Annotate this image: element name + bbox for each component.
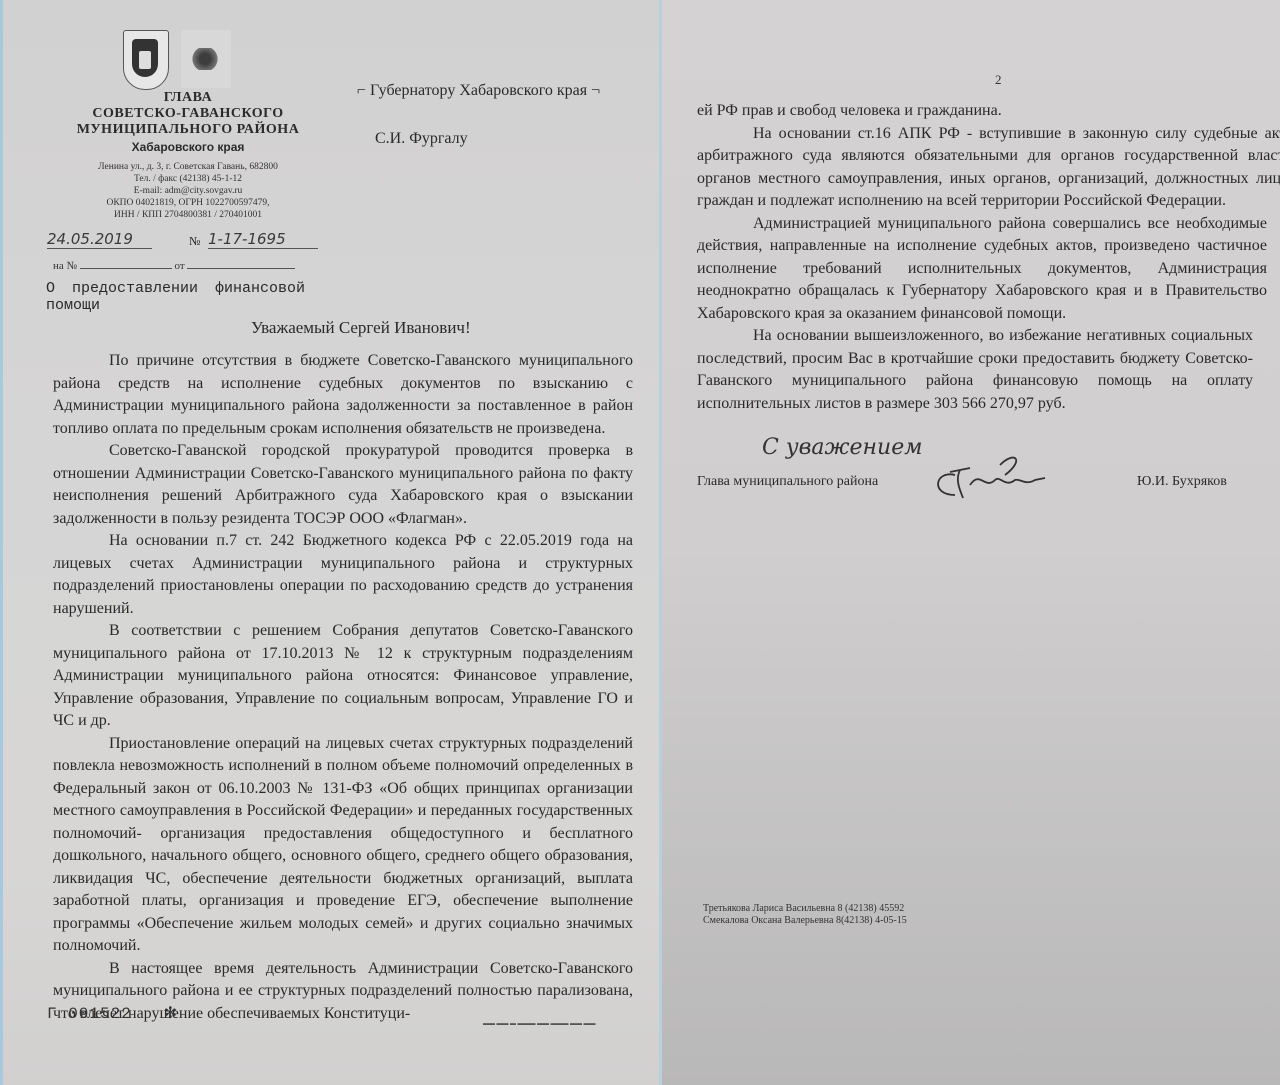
body-paragraph: Советско-Гаванской городской прокуратуро… xyxy=(53,440,633,530)
body-paragraph: На основании п.7 ст. 242 Бюджетного коде… xyxy=(53,530,633,620)
letterhead-okpo: ОКПО 04021819, ОГРН 1022700597479, xyxy=(43,197,333,209)
addressee-name: С.И. Фургалу xyxy=(375,130,468,148)
signatory-name: Ю.И. Бухряков xyxy=(1137,474,1227,490)
khabarovsk-coat-of-arms-icon xyxy=(123,30,169,90)
body-paragraph: В соответствии с решением Собрания депут… xyxy=(53,620,633,733)
letter-body-page-1: По причине отсутствия в бюджете Советско… xyxy=(53,350,633,1025)
form-serial-number: Г 001522 ✻ xyxy=(47,1003,178,1023)
executor-contacts: Третьякова Лариса Васильевна 8 (42138) 4… xyxy=(703,903,907,927)
signature-icon xyxy=(925,450,1075,510)
page-number: 2 xyxy=(995,72,1002,88)
sovetskaya-gavan-coat-of-arms-icon xyxy=(181,30,231,88)
reference-number-blank xyxy=(80,268,172,269)
reference-from-label: от xyxy=(175,260,185,272)
continuation-line: ей РФ прав и свобод человека и гражданин… xyxy=(697,100,1280,123)
letterhead-phone: Тел. / факс (42138) 45-1-12 xyxy=(43,173,333,185)
body-paragraph: На основании ст.16 АПК РФ - вступившие в… xyxy=(697,123,1280,213)
letter-subject: О предоставлении финансовой помощи xyxy=(46,280,321,314)
reference-line: на № от xyxy=(53,260,295,272)
body-paragraph: Администрацией муниципального района сов… xyxy=(697,213,1267,326)
contact-line: Смекалова Оксана Валерьевна 8(42138) 4-0… xyxy=(703,915,907,927)
letterhead-inn: ИНН / КПП 2704800381 / 270401001 xyxy=(43,209,333,221)
letterhead-region: Хабаровского края xyxy=(43,140,333,154)
letterhead-title: МУНИЦИПАЛЬНОГО РАЙОНА xyxy=(43,122,333,138)
letterhead-title: СОВЕТСКО-ГАВАНСКОГО xyxy=(43,106,333,122)
salutation: Уважаемый Сергей Иванович! xyxy=(251,318,471,338)
asterisk-mark-icon: ✻ xyxy=(164,1005,178,1023)
letterhead-email: E-mail: adm@city.sovgav.ru xyxy=(43,185,333,197)
contact-line: Третьякова Лариса Васильевна 8 (42138) 4… xyxy=(703,903,907,915)
body-paragraph: Приостановление операций на лицевых счет… xyxy=(53,733,633,958)
handwritten-closing: С уважением xyxy=(762,435,922,460)
registration-date: 24.05.2019 xyxy=(47,230,152,249)
letterhead-address: Ленина ул., д. 3, г. Советская Гавань, 6… xyxy=(43,161,333,173)
body-paragraph: По причине отсутствия в бюджете Советско… xyxy=(53,350,633,440)
reference-label: на № xyxy=(53,260,77,272)
body-paragraph: На основании вышеизложенного, во избежан… xyxy=(697,325,1253,415)
printer-imprint: ▬▬ ▬▬ ▬ ▬▬▬ ▬▬ ▬▬▬ ▬▬ ▬▬ xyxy=(483,1021,596,1027)
form-serial-text: Г 001522 xyxy=(47,1005,132,1023)
letterhead-title: ГЛАВА xyxy=(43,90,333,106)
letter-page-1: ГЛАВА СОВЕТСКО-ГАВАНСКОГО МУНИЦИПАЛЬНОГО… xyxy=(0,0,659,1085)
registration-number-label: № xyxy=(189,234,200,249)
registration-number: 1-17-1695 xyxy=(208,230,318,249)
signatory-title: Глава муниципального района xyxy=(697,474,878,490)
addressee-position: ⌐ Губернатору Хабаровского края ¬ xyxy=(357,82,600,100)
reference-date-blank xyxy=(187,268,295,269)
letter-body-page-2: ей РФ прав и свобод человека и гражданин… xyxy=(697,100,1280,415)
addressee-position-text: Губернатору Хабаровского края xyxy=(370,82,587,99)
